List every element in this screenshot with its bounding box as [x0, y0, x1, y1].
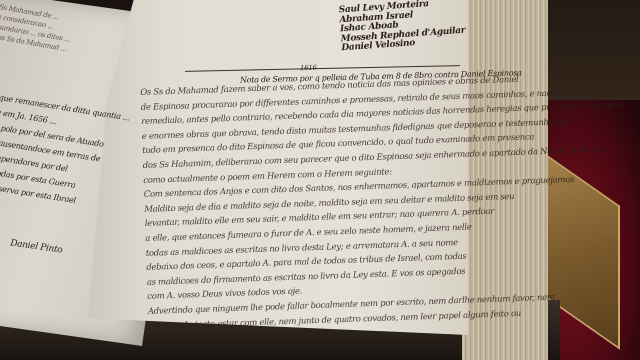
document-year: 1616 [300, 64, 317, 72]
left-page-text: que remanescer da ditta quantia ... a em… [0, 90, 131, 214]
signature-block: Saul Levy Morteira Abraham Israel Ishac … [338, 0, 466, 54]
document-body: Os Ss do Mahamad fazem saber a vos, como… [140, 69, 632, 348]
photo-scene: Ss Mahamad de ... a consideracao ... man… [0, 0, 640, 360]
